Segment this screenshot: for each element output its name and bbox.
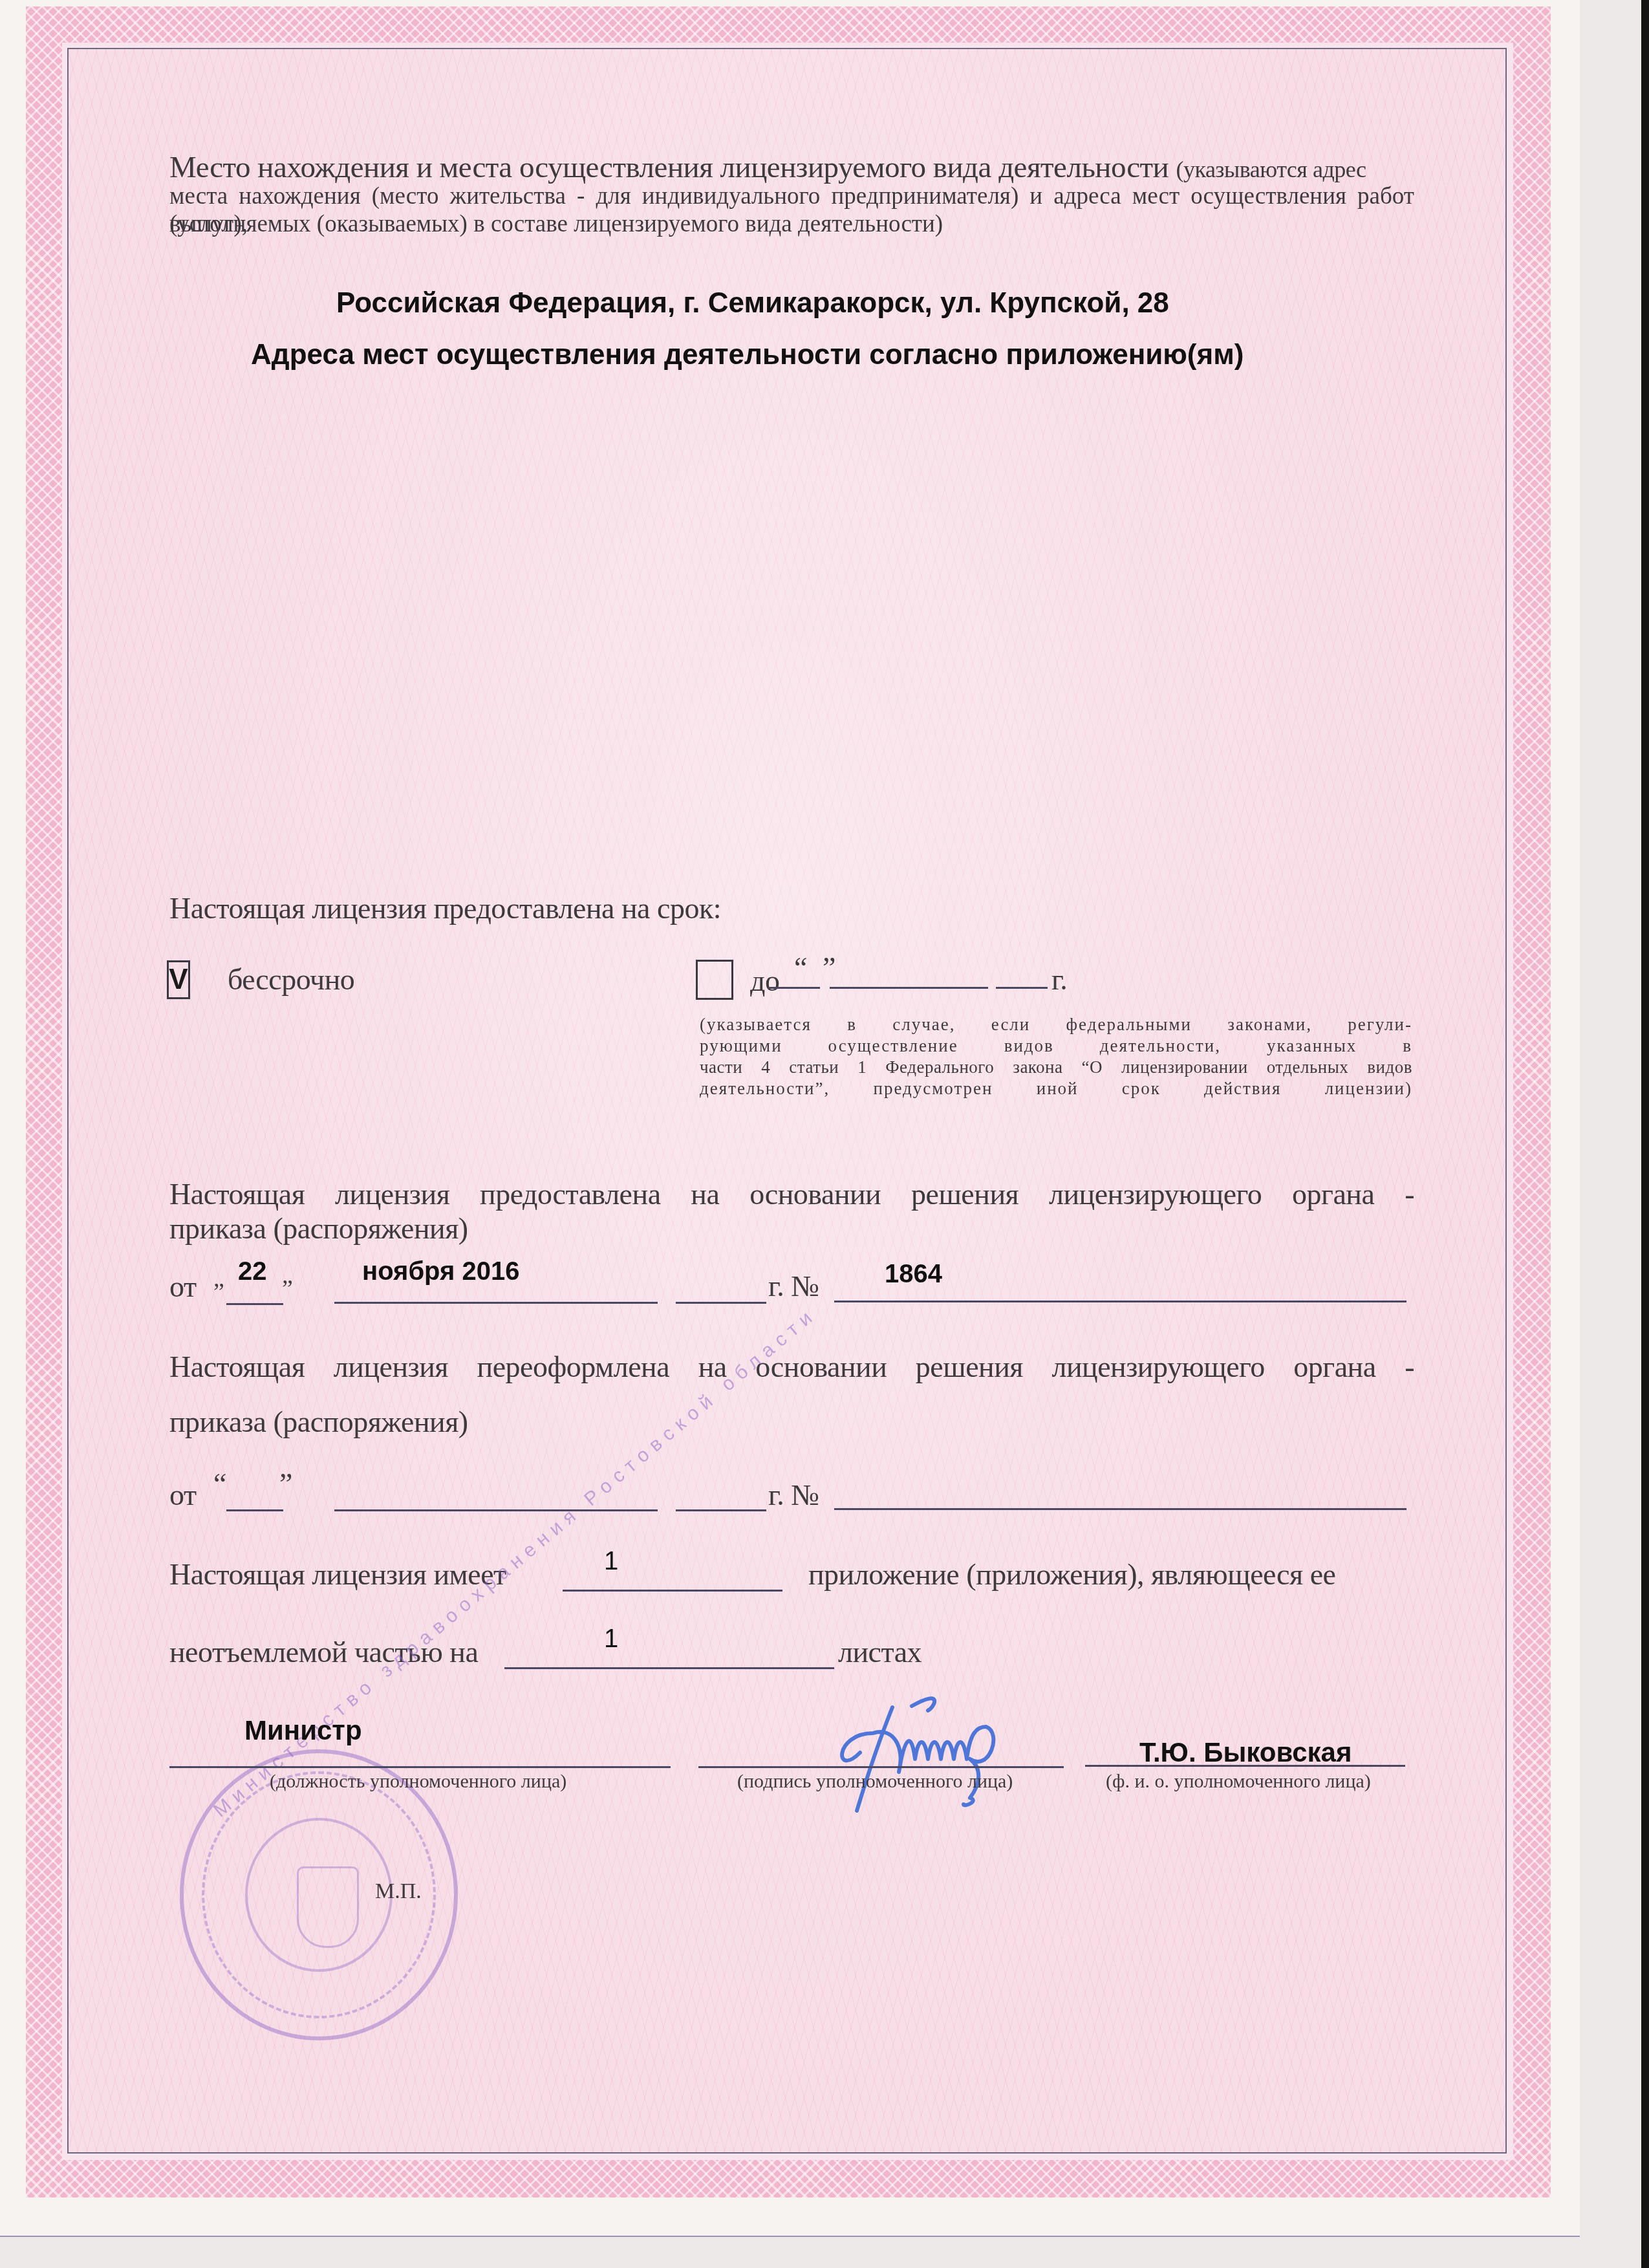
granted-open-quote: „: [213, 1264, 224, 1293]
granted-day-line: [226, 1303, 283, 1305]
license-address: Российская Федерация, г. Семикаракорск, …: [336, 287, 1169, 319]
until-note-line: части 4 статьи 1 Федерального закона “О …: [700, 1057, 1412, 1078]
until-year-field[interactable]: [996, 987, 1048, 989]
granted-order-number: 1864: [885, 1260, 942, 1289]
reissued-close-quote: ”: [279, 1467, 292, 1501]
reissued-number-field[interactable]: [834, 1508, 1406, 1510]
appendix-count-line: [563, 1590, 782, 1592]
granted-number-line: [834, 1301, 1406, 1302]
until-year-suffix: г.: [1051, 962, 1067, 997]
position-value: Министр: [244, 1715, 362, 1746]
granted-line1: Настоящая лицензия предоставлена на осно…: [169, 1177, 1414, 1211]
granted-day: 22: [238, 1257, 267, 1286]
reissued-from-label: от: [169, 1478, 197, 1512]
location-heading: Место нахождения и места осуществления л…: [169, 150, 1366, 185]
until-month-field[interactable]: [830, 987, 988, 989]
position-caption: (должность уполномоченного лица): [270, 1771, 566, 1793]
term-heading: Настоящая лицензия предоставлена на срок…: [169, 891, 721, 925]
granted-month-line: [334, 1302, 658, 1304]
checkmark-icon: V: [169, 964, 188, 996]
until-date-checkbox[interactable]: [696, 960, 733, 1000]
coat-of-arms-icon: [297, 1866, 359, 1948]
appendix-line1-suffix: приложение (приложения), являющееся ее: [808, 1557, 1336, 1592]
granted-month-year: ноября 2016: [362, 1257, 519, 1286]
until-day-field[interactable]: [768, 987, 820, 989]
until-label: до: [750, 964, 779, 998]
reissued-line2: приказа (распоряжения): [169, 1405, 468, 1439]
granted-year-line: [676, 1302, 766, 1304]
location-note-line1: (указываются адрес: [1176, 157, 1366, 182]
paper-sheet: Место нахождения и места осуществления л…: [0, 0, 1580, 2237]
scanner-edge: [1641, 0, 1649, 2268]
appendix-sheet-count: 1: [604, 1625, 618, 1654]
seal-place-label: М.П.: [375, 1879, 422, 1904]
signature-line: [698, 1766, 1064, 1768]
name-caption: (ф. и. о. уполномоченного лица): [1106, 1771, 1371, 1793]
until-note-line: рующими осуществление видов деятельности…: [700, 1035, 1412, 1057]
reissued-open-quote: “: [213, 1467, 226, 1501]
location-note-line3: выполняемых (оказываемых) в составе лице…: [169, 210, 943, 238]
appendix-line1-prefix: Настоящая лицензия имеет: [169, 1557, 506, 1592]
until-close-quote: ”: [823, 951, 835, 985]
location-heading-text: Место нахождения и места осуществления л…: [169, 151, 1169, 184]
addresses-note: Адреса мест осуществления деятельности с…: [251, 339, 1244, 371]
reissued-year-field[interactable]: [676, 1509, 766, 1511]
until-note: (указывается в случае, если федеральными…: [700, 1014, 1412, 1099]
until-note-line: деятельности”, предусмотрен иной срок де…: [700, 1078, 1412, 1099]
appendix-line2-suffix: листах: [838, 1635, 921, 1669]
granted-number-label: г. №: [768, 1269, 819, 1303]
reissued-number-label: г. №: [768, 1478, 819, 1512]
reissued-line1: Настоящая лицензия переоформлена на осно…: [169, 1350, 1414, 1384]
signatory-name: Т.Ю. Быковская: [1139, 1737, 1352, 1768]
granted-from-label: от: [169, 1269, 197, 1304]
indefinite-label: бессрочно: [228, 962, 354, 997]
granted-line2: приказа (распоряжения): [169, 1211, 468, 1246]
position-line: [169, 1766, 671, 1768]
signature-caption: (подпись уполномоченного лица): [737, 1771, 1013, 1793]
name-line: [1085, 1765, 1405, 1767]
reissued-month-field[interactable]: [334, 1509, 658, 1511]
reissued-day-field[interactable]: [226, 1509, 283, 1511]
until-note-line: (указывается в случае, если федеральными…: [700, 1014, 1412, 1035]
until-open-quote: “: [794, 951, 807, 985]
indefinite-checkbox[interactable]: V: [167, 960, 190, 999]
sheet-count-line: [504, 1667, 834, 1669]
signature-icon: [795, 1688, 1015, 1817]
appendix-count: 1: [604, 1547, 618, 1576]
granted-close-quote: „: [282, 1261, 292, 1290]
